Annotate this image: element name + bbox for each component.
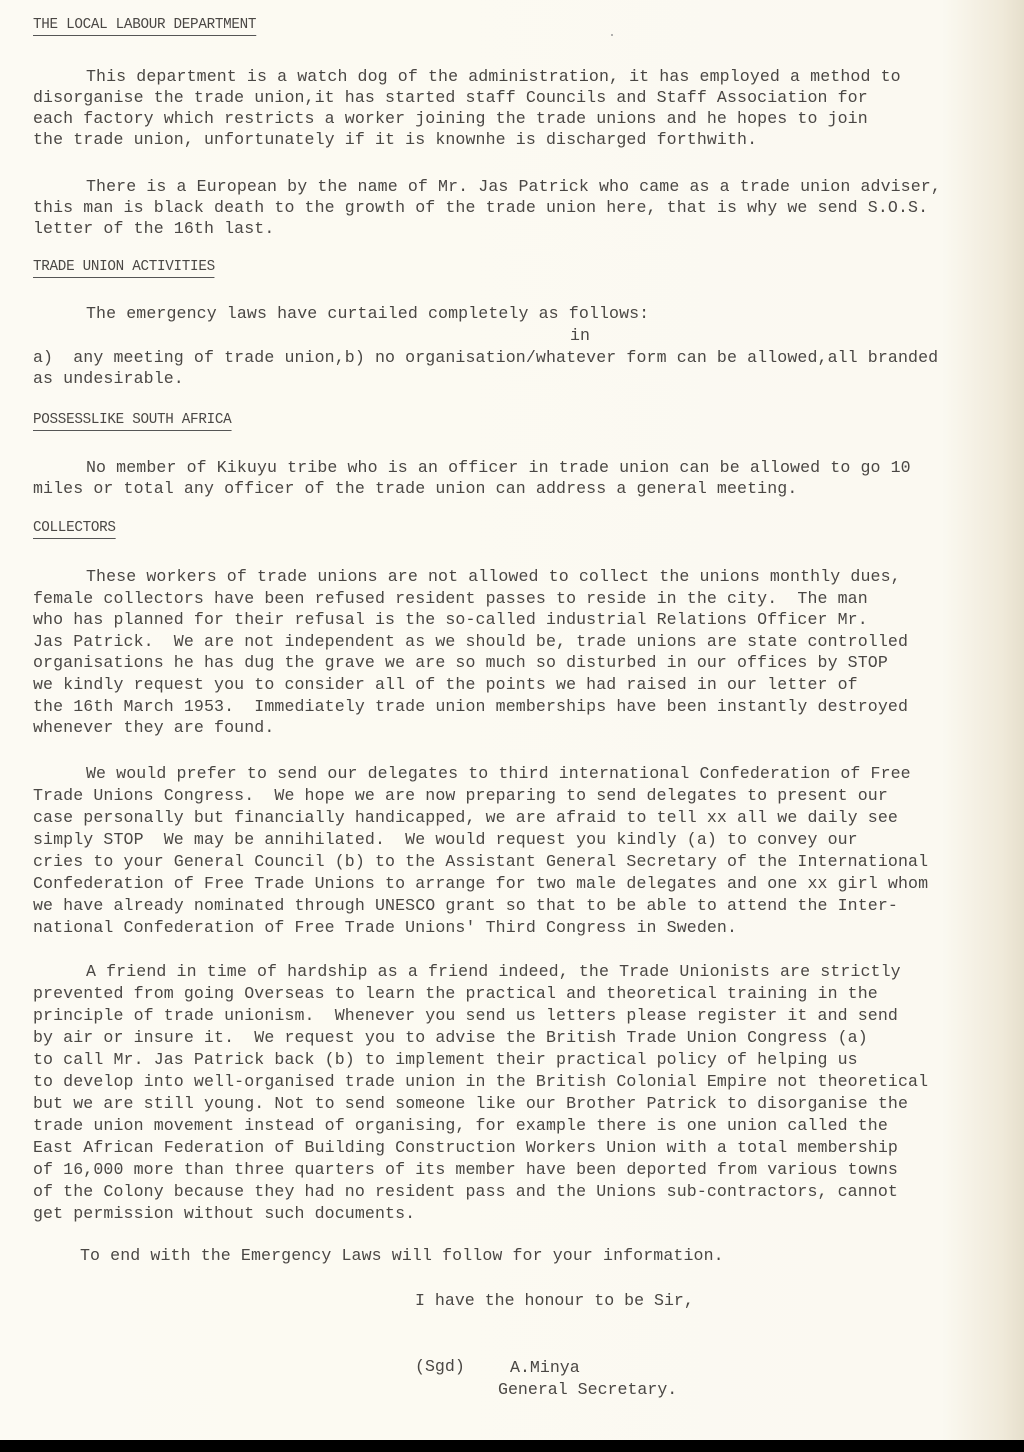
text-line: letter of the 16th last. bbox=[33, 219, 274, 239]
text-line: prevented from going Overseas to learn t… bbox=[33, 984, 878, 1004]
signed-marker: (Sgd) bbox=[415, 1357, 465, 1376]
closing-salutation: I have the honour to be Sir, bbox=[415, 1291, 694, 1310]
text-line: organisations he has dug the grave we ar… bbox=[33, 653, 888, 673]
text-line: The emergency laws have curtailed comple… bbox=[86, 304, 649, 324]
text-line: We would prefer to send our delegates to… bbox=[86, 764, 911, 784]
scan-border bbox=[0, 1440, 1024, 1452]
text-line: These workers of trade unions are not al… bbox=[86, 567, 901, 587]
text-line: of the Colony because they had no reside… bbox=[33, 1182, 898, 1202]
text-line: get permission without such documents. bbox=[33, 1204, 415, 1224]
text-line: East African Federation of Building Cons… bbox=[33, 1138, 898, 1158]
text-line: we have already nominated through UNESCO… bbox=[33, 896, 898, 916]
section-heading-local-labour: THE LOCAL LABOUR DEPARTMENT bbox=[33, 16, 256, 36]
text-line: miles or total any officer of the trade … bbox=[33, 479, 797, 499]
text-line: No member of Kikuyu tribe who is an offi… bbox=[86, 458, 911, 478]
text-line: To end with the Emergency Laws will foll… bbox=[80, 1246, 724, 1266]
signatory-name: A.Minya bbox=[510, 1358, 580, 1377]
text-line: the 16th March 1953. Immediately trade u… bbox=[33, 697, 908, 717]
text-line: A friend in time of hardship as a friend… bbox=[86, 962, 901, 982]
text-line: There is a European by the name of Mr. J… bbox=[86, 177, 941, 197]
text-line: female collectors have been refused resi… bbox=[33, 589, 868, 609]
text-line-insertion: in bbox=[570, 326, 590, 346]
section-heading-possesslike-south-africa: POSSESSLIKE SOUTH AFRICA bbox=[33, 411, 231, 431]
text-line: Confederation of Free Trade Unions to ar… bbox=[33, 874, 928, 894]
text-line: principle of trade unionism. Whenever yo… bbox=[33, 1006, 898, 1026]
text-line: of 16,000 more than three quarters of it… bbox=[33, 1160, 898, 1180]
text-line: whenever they are found. bbox=[33, 718, 274, 738]
signatory-title: General Secretary. bbox=[498, 1380, 677, 1399]
paper-speck bbox=[611, 34, 613, 36]
text-line: this man is black death to the growth of… bbox=[33, 198, 928, 218]
text-line: the trade union, unfortunately if it is … bbox=[33, 130, 757, 150]
text-line: each factory which restricts a worker jo… bbox=[33, 109, 868, 129]
section-heading-trade-union-activities: TRADE UNION ACTIVITIES bbox=[33, 258, 215, 278]
text-line: by air or insure it. We request you to a… bbox=[33, 1028, 868, 1048]
text-line: to call Mr. Jas Patrick back (b) to impl… bbox=[33, 1050, 858, 1070]
text-line: trade union movement instead of organisi… bbox=[33, 1116, 888, 1136]
text-line: Trade Unions Congress. We hope we are no… bbox=[33, 786, 888, 806]
text-line: Jas Patrick. We are not independent as w… bbox=[33, 632, 908, 652]
text-line: national Confederation of Free Trade Uni… bbox=[33, 918, 737, 938]
text-line: a) any meeting of trade union,b) no orga… bbox=[33, 348, 938, 368]
text-line: cries to your General Council (b) to the… bbox=[33, 852, 928, 872]
text-line: as undesirable. bbox=[33, 369, 184, 389]
text-line: case personally but financially handicap… bbox=[33, 808, 898, 828]
text-line: simply STOP We may be annihilated. We wo… bbox=[33, 830, 858, 850]
document-page: THE LOCAL LABOUR DEPARTMENT This departm… bbox=[0, 0, 1024, 1440]
text-line: disorganise the trade union,it has start… bbox=[33, 88, 868, 108]
text-line: to develop into well-organised trade uni… bbox=[33, 1072, 928, 1092]
text-line: who has planned for their refusal is the… bbox=[33, 610, 868, 630]
text-line: we kindly request you to consider all of… bbox=[33, 675, 858, 695]
text-line: but we are still young. Not to send some… bbox=[33, 1094, 908, 1114]
text-line: This department is a watch dog of the ad… bbox=[86, 67, 901, 87]
section-heading-collectors: COLLECTORS bbox=[33, 519, 116, 539]
